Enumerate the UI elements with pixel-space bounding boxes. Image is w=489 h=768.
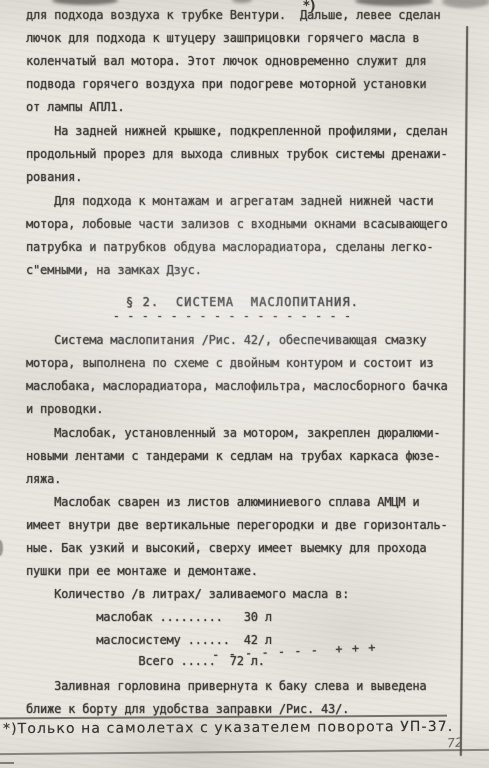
text-line: коленчатый вал мотора. Этот лючок одновр… xyxy=(26,54,426,68)
scan-smudge-top-right xyxy=(355,0,433,6)
text-line: от лампы АПЛ1. xyxy=(26,100,124,114)
scan-smudge-left-edge xyxy=(0,540,3,556)
text-line: мотора, выполнена по схеме с двойным кон… xyxy=(26,356,433,370)
text-line: мотора, лобовые части зализов с входными… xyxy=(26,217,447,231)
text-line: ближе к борту для удобства заправки /Рис… xyxy=(26,702,349,716)
text-line: подвода горячего воздуха при подогреве м… xyxy=(26,77,426,91)
text-line: имеет внутри две вертикальные перегородк… xyxy=(26,518,447,532)
bottom-left-tick xyxy=(0,762,14,764)
text-line: Маслобак, установленный за мотором, закр… xyxy=(26,426,440,440)
text-line: для подхода воздуха к трубке Вентури. Да… xyxy=(26,8,440,22)
text-line: ляжа. xyxy=(26,472,61,486)
page-number: 72 xyxy=(446,734,463,750)
text-line: На задней нижней крышке, подкрепленной п… xyxy=(26,124,447,138)
text-line: ные. Бак узкий и высокий, сверху имеет в… xyxy=(26,541,426,555)
text-line: продольный прорез для выхода сливных тру… xyxy=(26,147,447,161)
right-border-line xyxy=(460,26,468,756)
text-line: Для подхода к монтажам и агрегатам задне… xyxy=(26,194,433,208)
text-line: Количество /в литрах/ заливаемого масла … xyxy=(26,587,349,601)
bottom-border-line xyxy=(0,749,489,755)
oil-system-quantity-line: маслосистему ...... 42 л xyxy=(26,633,272,647)
scan-smudge-corner xyxy=(442,0,489,8)
scan-smudge-top-left xyxy=(52,0,118,5)
text-line: с"емными, на замках Дзус. xyxy=(26,263,202,277)
text-line: пушки при ее монтаже и демонтаже. xyxy=(26,564,258,578)
text-line: новыми лентами с тандерами к седлам на т… xyxy=(26,449,440,463)
scan-smudge-top-mid xyxy=(232,0,252,3)
scanned-manual-page: { "colors": { "paper": "#e9e6e0", "ink":… xyxy=(0,0,489,768)
text-line: Заливная горловина привернута к баку сле… xyxy=(26,679,426,693)
text-line: Маслобак сварен из листов алюминиевого с… xyxy=(26,495,419,509)
text-line: Система маслопитания /Рис. 42/, обеспечи… xyxy=(26,333,426,347)
text-line: лючок для подхода к штуцеру зашприцовки … xyxy=(26,31,419,45)
heading-underline: - - - - - - - - - - - - - - - - - xyxy=(26,309,351,323)
oil-total-line: Всего ..... 72 л. xyxy=(26,654,265,668)
text-line: и проводки. xyxy=(26,402,103,416)
text-line: рования. xyxy=(26,170,82,184)
text-line: патрубка и патрубков обдува маслорадиато… xyxy=(26,240,433,254)
oil-tank-quantity-line: маслобак ......... 30 л xyxy=(26,610,272,624)
handwritten-footnote: *)Только на самолетах с указателем повор… xyxy=(3,719,453,737)
text-line: маслобака, маслорадиатора, маслофильтра,… xyxy=(26,379,447,393)
section-heading: § 2. СИСТЕМА МАСЛОПИТАНИЯ. xyxy=(26,295,359,309)
